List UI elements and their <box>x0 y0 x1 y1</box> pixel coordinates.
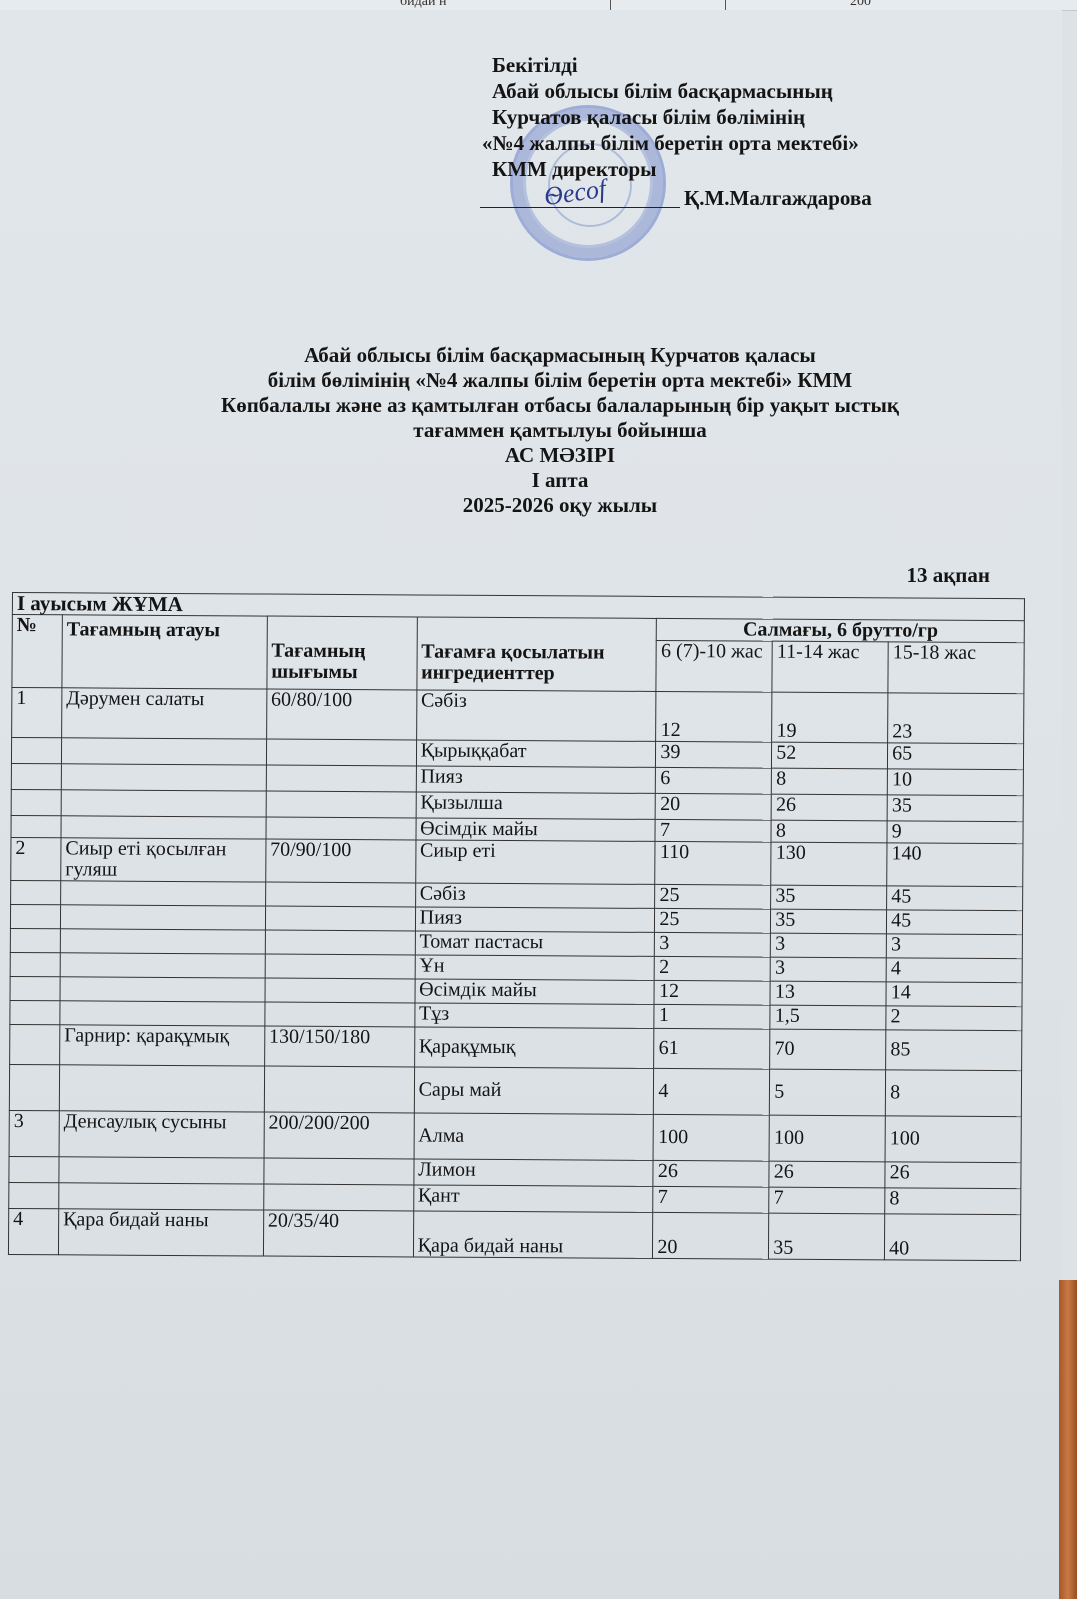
col-header-weight: Салмағы, 6 брутто/гр <box>657 618 1025 642</box>
weight-11-14: 1,5 <box>770 1005 886 1030</box>
table-row: 2Сиыр еті қосылған гуляш70/90/100Сиыр ет… <box>11 837 1023 886</box>
weight-15-18: 9 <box>887 821 1023 844</box>
row-number <box>11 815 61 837</box>
dish-yield <box>265 906 415 931</box>
document-page: Бекітілді Абай облысы білім басқармасыны… <box>0 10 1062 1599</box>
weight-6-10: 110 <box>655 841 771 885</box>
ingredient-name: Қара бидай наны <box>413 1211 653 1258</box>
ingredient-name: Өсімдік майы <box>416 818 656 841</box>
weight-11-14: 3 <box>771 933 887 958</box>
dish-yield <box>266 791 416 818</box>
ingredient-name: Лимон <box>414 1159 654 1186</box>
ingredient-name: Қырыққабат <box>416 740 656 767</box>
col-header-dish-yield: Тағамның шығымы <box>267 616 417 690</box>
row-number: 3 <box>9 1110 59 1156</box>
row-number <box>10 1024 60 1064</box>
weight-6-10: 7 <box>655 819 771 842</box>
ingredient-name: Алма <box>414 1113 654 1160</box>
row-number <box>11 763 61 789</box>
title-line: білім бөлімінің «№4 жалпы білім беретін … <box>60 368 1060 393</box>
weight-6-10: 20 <box>653 1212 769 1259</box>
row-number: 2 <box>11 837 61 880</box>
weight-6-10: 61 <box>654 1028 770 1069</box>
table-row: Гарнир: қарақұмық130/150/180Қарақұмық617… <box>10 1024 1022 1070</box>
weight-11-14: 26 <box>771 794 887 821</box>
dish-name <box>61 738 266 765</box>
menu-date: 13 ақпан <box>906 563 990 588</box>
ingredient-name: Сары май <box>414 1067 654 1114</box>
ingredient-name: Тұз <box>414 1003 654 1028</box>
ingredient-name: Өсімдік майы <box>415 979 655 1004</box>
ingredient-name: Ұн <box>415 955 655 980</box>
table-row: 3Денсаулық сусыны200/200/200Алма10010010… <box>9 1110 1021 1162</box>
weight-11-14: 8 <box>772 768 888 795</box>
weight-11-14: 70 <box>770 1029 886 1070</box>
weight-11-14: 100 <box>769 1115 885 1162</box>
dish-yield <box>265 978 415 1003</box>
weight-11-14: 26 <box>769 1161 885 1188</box>
wooden-surface <box>1059 1280 1077 1599</box>
approval-line: Курчатов қаласы білім бөлімінің <box>492 104 1012 130</box>
weight-15-18: 100 <box>885 1116 1021 1163</box>
row-number <box>11 880 61 904</box>
weight-15-18: 3 <box>886 934 1022 959</box>
dish-yield: 20/35/40 <box>263 1210 413 1257</box>
ingredient-name: Қант <box>413 1185 653 1212</box>
weight-11-14: 130 <box>771 842 887 886</box>
weight-6-10: 3 <box>655 932 771 957</box>
previous-sheet-fragment: бидай н <box>400 0 446 10</box>
title-school-year: 2025-2026 оқу жылы <box>60 493 1060 518</box>
dish-name <box>60 977 265 1002</box>
dish-yield: 70/90/100 <box>265 839 415 883</box>
weight-15-18: 35 <box>887 795 1023 822</box>
dish-name <box>60 905 265 930</box>
row-number <box>9 1182 59 1208</box>
table-row: 4Қара бидай наны20/35/40Қара бидай наны2… <box>8 1208 1020 1260</box>
dish-name: Гарнир: қарақұмық <box>60 1025 265 1066</box>
row-number <box>9 1064 59 1110</box>
row-number <box>11 789 61 815</box>
row-number <box>11 738 61 764</box>
ingredient-name: Пияз <box>415 907 655 932</box>
row-number <box>10 976 60 1000</box>
col-header-no: № <box>12 615 62 688</box>
weight-15-18: 85 <box>886 1030 1022 1071</box>
signatory-name: Қ.М.Малгаждарова <box>684 185 872 211</box>
weight-6-10: 100 <box>653 1114 769 1161</box>
weight-11-14: 35 <box>771 909 887 934</box>
col-header-age-11-14: 11-14 жас <box>772 641 888 693</box>
dish-name <box>61 790 266 817</box>
weight-15-18: 4 <box>886 958 1022 983</box>
table-row: 1Дәрумен салаты60/80/100Сәбіз121923 <box>12 688 1024 744</box>
dish-yield <box>266 765 416 792</box>
dish-name: Қара бидай наны <box>58 1209 263 1256</box>
dish-name <box>61 816 266 839</box>
title-week: І апта <box>60 468 1060 493</box>
weight-15-18: 65 <box>888 743 1024 770</box>
weight-6-10: 4 <box>654 1068 770 1115</box>
col-header-ingredients: Тағамға қосылатын ингредиенттер <box>417 617 657 691</box>
weight-15-18: 8 <box>885 1188 1021 1215</box>
dish-name <box>59 1157 264 1184</box>
dish-name <box>59 1183 264 1210</box>
document-title: Абай облысы білім басқармасының Курчатов… <box>60 343 1060 518</box>
title-line: Абай облысы білім басқармасының Курчатов… <box>60 343 1060 368</box>
dish-yield: 200/200/200 <box>264 1112 414 1159</box>
weight-11-14: 35 <box>769 1213 885 1260</box>
dish-yield <box>264 1158 414 1185</box>
weight-6-10: 6 <box>656 767 772 794</box>
row-number <box>10 1000 60 1024</box>
weight-6-10: 7 <box>653 1186 769 1213</box>
weight-15-18: 140 <box>887 843 1023 887</box>
weight-15-18: 45 <box>887 910 1023 935</box>
row-number <box>9 1156 59 1182</box>
weight-6-10: 25 <box>655 884 771 909</box>
ingredient-name: Пияз <box>416 766 656 793</box>
menu-table: І ауысым ЖҰМА № Тағамның атауы Тағамның … <box>8 592 1025 1261</box>
weight-11-14: 19 <box>772 692 888 743</box>
previous-sheet-fragment: 200 <box>850 0 871 10</box>
title-line: Көпбалалы және аз қамтылған отбасы балал… <box>60 393 1060 418</box>
ingredient-name: Қарақұмық <box>414 1027 654 1068</box>
weight-6-10: 12 <box>656 691 772 742</box>
row-number <box>10 904 60 928</box>
weight-11-14: 3 <box>770 957 886 982</box>
dish-name <box>59 1065 264 1112</box>
weight-15-18: 40 <box>885 1214 1021 1261</box>
approval-line: Бекітілді <box>492 52 1012 78</box>
dish-yield <box>264 1066 414 1113</box>
approval-block: Бекітілді Абай облысы білім басқармасыны… <box>492 52 1012 212</box>
col-header-age-15-18: 15-18 жас <box>888 642 1024 694</box>
approval-line: Абай облысы білім басқармасының <box>492 78 1012 104</box>
dish-yield <box>265 954 415 979</box>
weight-15-18: 26 <box>885 1162 1021 1189</box>
title-line: тағаммен қамтылуы бойынша <box>60 418 1060 443</box>
dish-yield <box>266 817 416 840</box>
col-header-dish-name: Тағамның атауы <box>62 615 267 689</box>
signature-line <box>480 207 680 208</box>
ingredient-name: Сәбіз <box>415 883 655 908</box>
weight-11-14: 5 <box>770 1069 886 1116</box>
weight-11-14: 13 <box>770 981 886 1006</box>
weight-15-18: 45 <box>887 886 1023 911</box>
row-number <box>10 952 60 976</box>
weight-11-14: 8 <box>771 820 887 843</box>
dish-yield <box>265 882 415 907</box>
table-row: Сары май458 <box>9 1064 1021 1116</box>
title-menu-heading: АС МӘЗІРІ <box>60 443 1060 468</box>
signature-icon: Ѳecof <box>542 176 607 210</box>
weight-6-10: 1 <box>654 1004 770 1029</box>
weight-15-18: 8 <box>885 1070 1021 1117</box>
dish-name <box>60 953 265 978</box>
row-number <box>10 928 60 952</box>
dish-name: Сиыр еті қосылған гуляш <box>61 838 266 882</box>
ingredient-name: Сәбіз <box>416 690 656 741</box>
dish-yield <box>265 930 415 955</box>
weight-6-10: 2 <box>655 956 771 981</box>
dish-yield <box>263 1184 413 1211</box>
dish-name <box>60 1001 265 1026</box>
dish-name <box>60 929 265 954</box>
weight-6-10: 39 <box>656 741 772 768</box>
weight-11-14: 52 <box>772 742 888 769</box>
dish-yield: 60/80/100 <box>266 689 416 740</box>
dish-name: Дәрумен салаты <box>62 688 267 739</box>
dish-yield: 130/150/180 <box>264 1026 414 1067</box>
row-number: 4 <box>8 1208 58 1254</box>
weight-6-10: 26 <box>653 1160 769 1187</box>
approval-line: «№4 жалпы білім беретін орта мектебі» <box>482 130 1012 156</box>
weight-15-18: 14 <box>886 982 1022 1007</box>
dish-yield <box>265 1002 415 1027</box>
dish-name: Денсаулық сусыны <box>59 1111 264 1158</box>
weight-11-14: 35 <box>771 885 887 910</box>
weight-15-18: 2 <box>886 1006 1022 1031</box>
dish-name <box>61 764 266 791</box>
weight-11-14: 7 <box>769 1187 885 1214</box>
signature-row: Ѳecof Қ.М.Малгаждарова <box>492 182 1012 212</box>
ingredient-name: Томат пастасы <box>415 931 655 956</box>
weight-6-10: 20 <box>656 793 772 820</box>
dish-yield <box>266 739 416 766</box>
weight-15-18: 10 <box>887 769 1023 796</box>
ingredient-name: Сиыр еті <box>415 840 655 884</box>
col-header-age-6-10: 6 (7)-10 жас <box>656 640 772 692</box>
dish-name <box>61 881 266 906</box>
weight-6-10: 25 <box>655 908 771 933</box>
row-number: 1 <box>12 688 62 738</box>
weight-6-10: 12 <box>654 980 770 1005</box>
ingredient-name: Қызылша <box>416 792 656 819</box>
weight-15-18: 23 <box>888 693 1024 744</box>
